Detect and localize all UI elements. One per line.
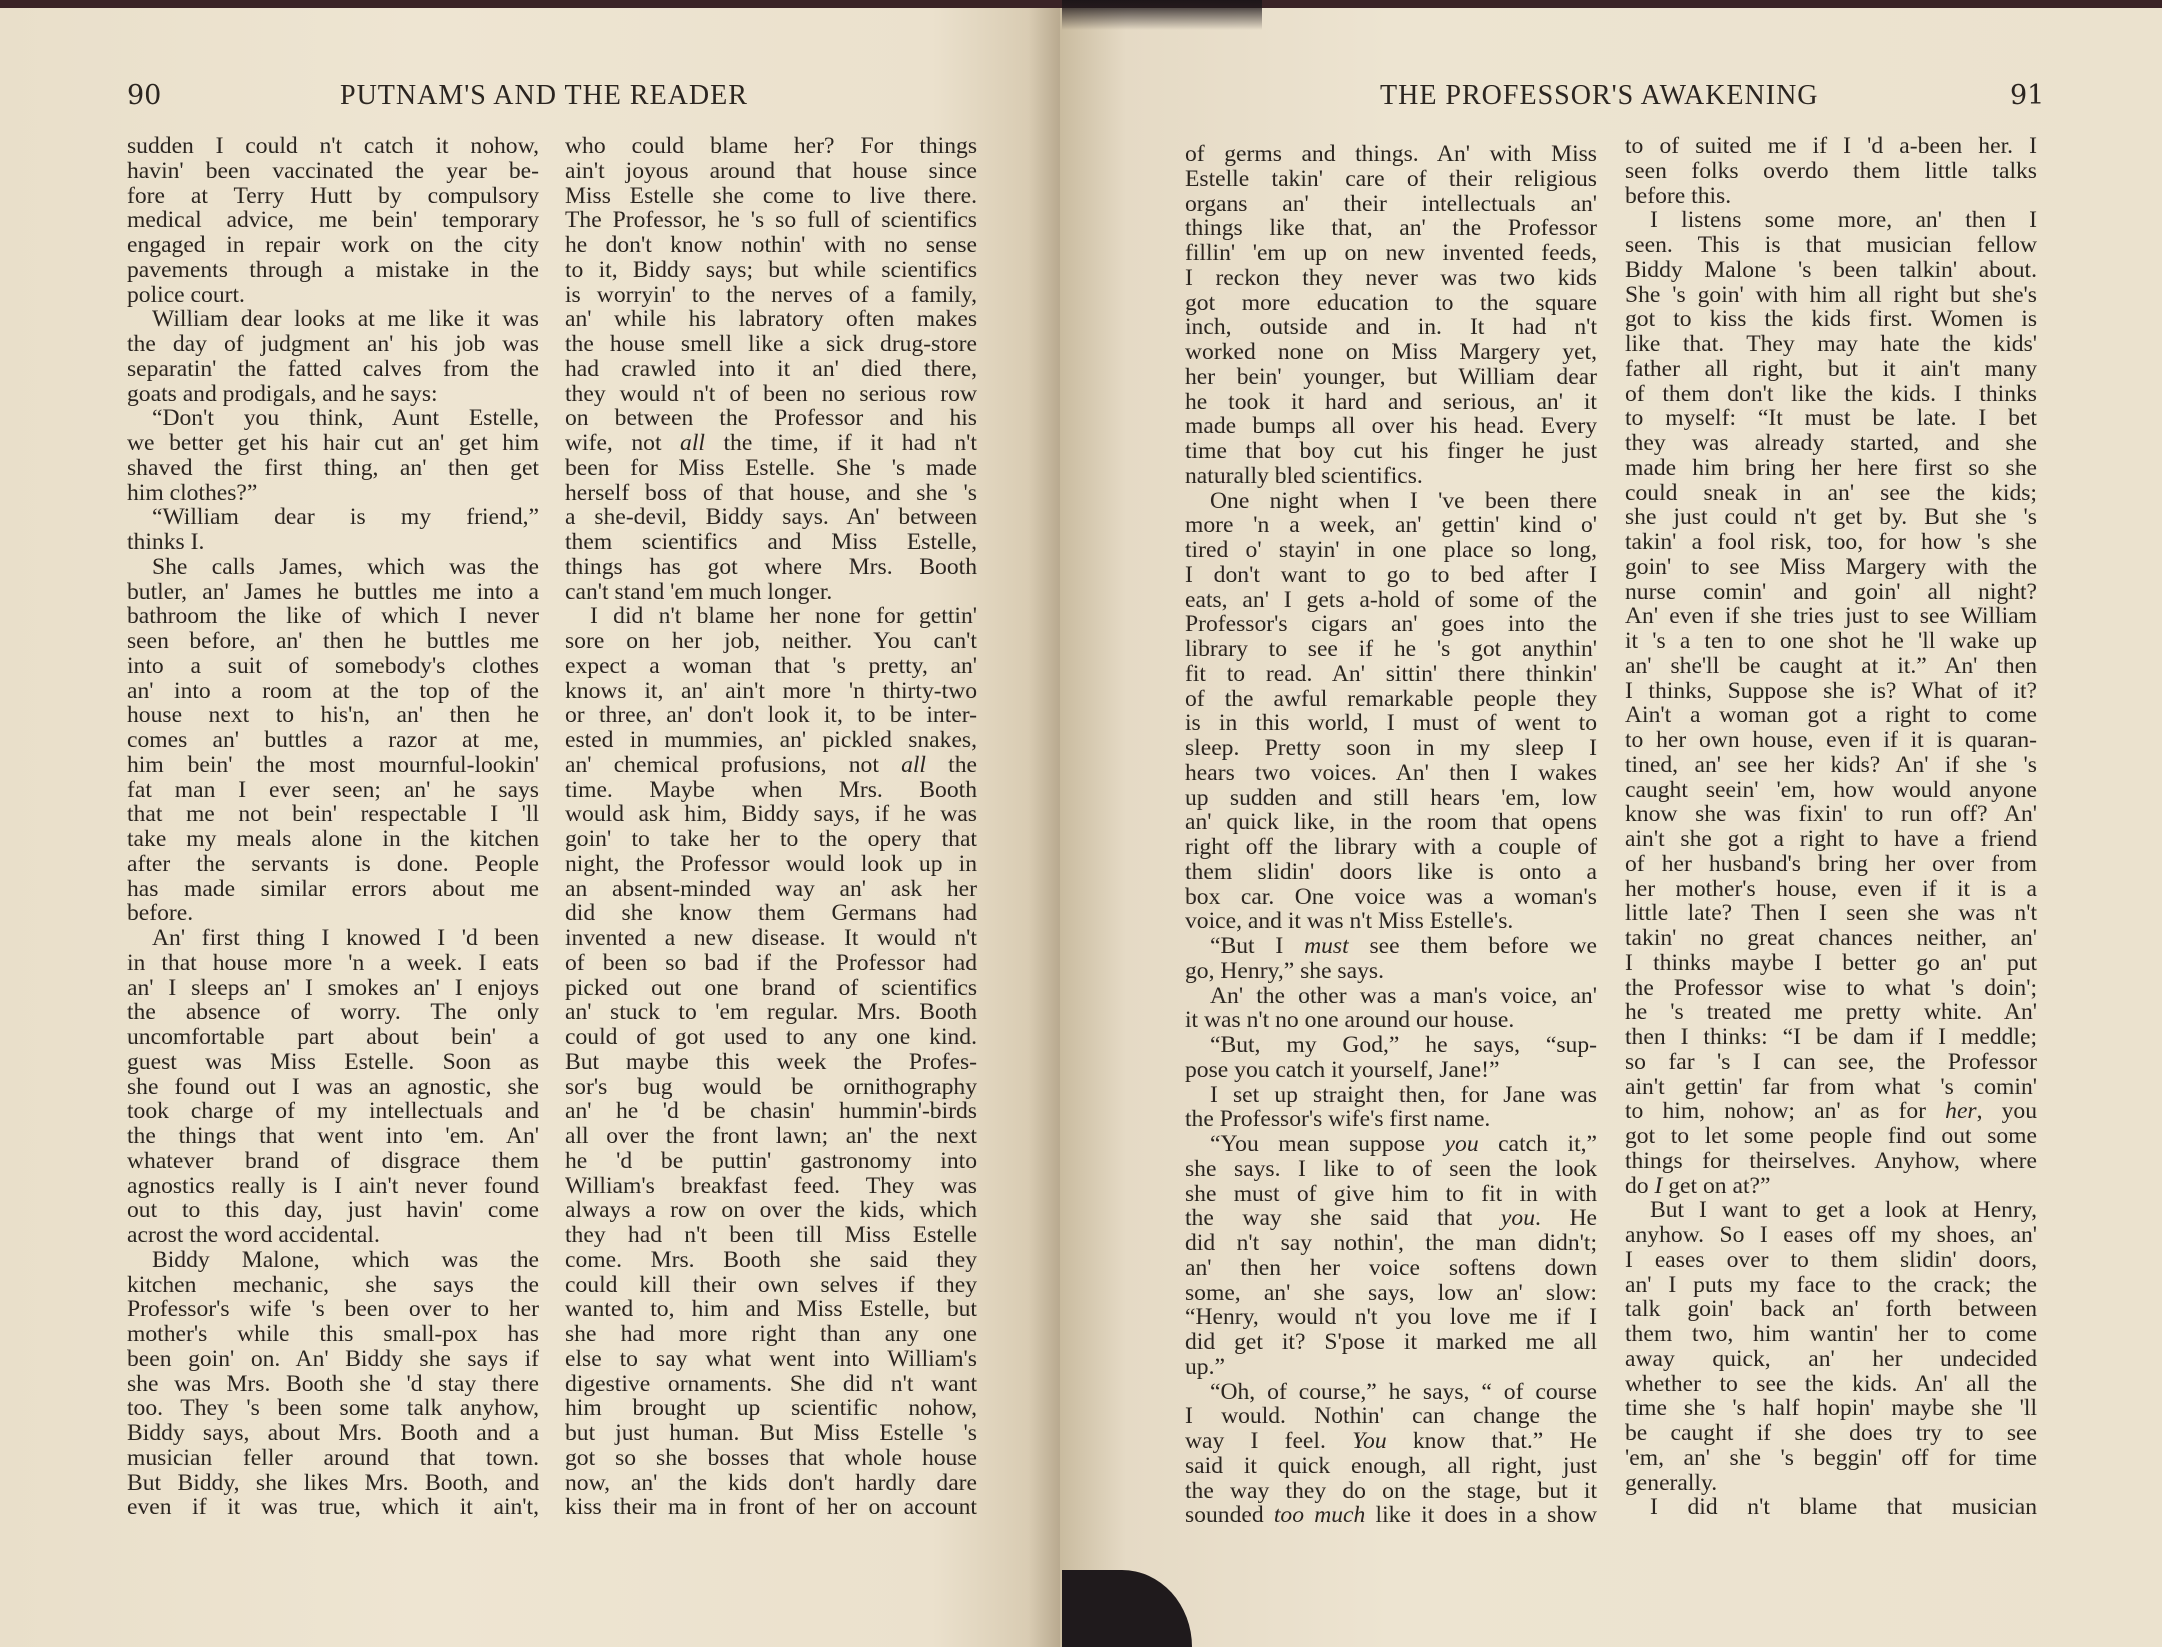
text-line: inch, outside and in. It had n't [1185, 315, 1597, 340]
text-line: to her own house, even if it is quaran- [1625, 728, 2037, 753]
text-line: goin' to take her to the opery that [565, 827, 977, 852]
text-line: all over the front lawn; an' the next [565, 1124, 977, 1149]
text-line: time that boy cut his finger he just [1185, 439, 1597, 464]
text-line: an' I puts my face to the crack; the [1625, 1273, 2037, 1298]
text-line: did get it? S'pose it marked me all [1185, 1330, 1597, 1355]
text-line: box car. One voice was a woman's [1185, 885, 1597, 910]
text-line: ain't she got a right to have a friend [1625, 827, 2037, 852]
text-line: I did n't blame that musician [1625, 1495, 2037, 1520]
text-line: they would n't of been no serious row [565, 382, 977, 407]
text-line: house next to his'n, an' then he [127, 703, 539, 728]
text-line: I thinks maybe I better go an' put [1625, 951, 2037, 976]
text-line: William's breakfast feed. They was [565, 1174, 977, 1199]
text-line: invented a new disease. It would n't [565, 926, 977, 951]
text-line: I listens some more, an' then I [1625, 208, 2037, 233]
text-line: I don't want to go to bed after I [1185, 563, 1597, 588]
text-line: Ain't a woman got a right to come [1625, 703, 2037, 728]
text-line: can't stand 'em much longer. [565, 580, 977, 605]
text-line: digestive ornaments. She did n't want [565, 1372, 977, 1397]
text-line: made bumps all over his head. Every [1185, 414, 1597, 439]
text-line: sounded too much like it does in a show [1185, 1503, 1597, 1528]
text-line: I thinks, Suppose she is? What of it? [1625, 679, 2037, 704]
text-line: nurse comin' and goin' all night? [1625, 580, 2037, 605]
right-page: THE PROFESSOR'S AWAKENING 91 of germs an… [1060, 0, 2162, 1647]
text-line: to him, nohow; an' as for her, you [1625, 1099, 2037, 1124]
text-line: mother's while this small-pox has [127, 1322, 539, 1347]
text-line: on between the Professor and his [565, 406, 977, 431]
running-head: THE PROFESSOR'S AWAKENING [1380, 80, 1819, 112]
text-line: she had more right than any one [565, 1322, 977, 1347]
text-line: Miss Estelle she come to live there. [565, 184, 977, 209]
text-line: worked none on Miss Margery yet, [1185, 340, 1597, 365]
text-line: time. Maybe when Mrs. Booth [565, 778, 977, 803]
text-line: who could blame her? For things [565, 134, 977, 159]
text-line: she found out I was an agnostic, she [127, 1075, 539, 1100]
text-column: who could blame her? For thingsain't joy… [565, 134, 977, 1520]
text-line: naturally bled scientifics. [1185, 464, 1597, 489]
text-line: up.” [1185, 1355, 1597, 1380]
text-line: come. Mrs. Booth she said they [565, 1248, 977, 1273]
text-line: I would. Nothin' can change the [1185, 1404, 1597, 1429]
text-line: “Oh, of course,” he says, “ of course [1185, 1380, 1597, 1405]
text-line: generally. [1625, 1471, 2037, 1496]
running-head: PUTNAM'S AND THE READER [340, 80, 748, 112]
text-line: is worryin' to the nerves of a family, [565, 283, 977, 308]
text-line: got so she bosses that whole house [565, 1446, 977, 1471]
text-line: One night when I 've been there [1185, 489, 1597, 514]
text-line: took charge of my intellectuals and [127, 1099, 539, 1124]
text-line: the day of judgment an' his job was [127, 332, 539, 357]
text-line: “You mean suppose you catch it,” [1185, 1132, 1597, 1157]
text-line: to it, Biddy says; but while scientifics [565, 258, 977, 283]
text-line: father all right, but it ain't many [1625, 357, 2037, 382]
text-line: the absence of worry. The only [127, 1000, 539, 1025]
text-line: an' into a room at the top of the [127, 679, 539, 704]
text-line: we better get his hair cut an' get him [127, 431, 539, 456]
text-line: an' I sleeps an' I smokes an' I enjoys [127, 976, 539, 1001]
text-line: I eases over to them slidin' doors, [1625, 1248, 2037, 1273]
text-line: fat man I ever seen; an' he says [127, 778, 539, 803]
text-line: I set up straight then, for Jane was [1185, 1083, 1597, 1108]
text-line: “William dear is my friend,” [127, 505, 539, 530]
text-line: him brought up scientific nohow, [565, 1396, 977, 1421]
text-line: takin' a fool risk, too, for how 's she [1625, 530, 2037, 555]
text-line: the Professor's wife's first name. [1185, 1107, 1597, 1132]
text-line: anyhow. So I eases off my shoes, an' [1625, 1223, 2037, 1248]
text-line: kiss their ma in front of her on account [565, 1495, 977, 1520]
text-line: guest was Miss Estelle. Soon as [127, 1050, 539, 1075]
text-line: the Professor wise to what 's doin'; [1625, 976, 2037, 1001]
text-line: them two, him wantin' her to come [1625, 1322, 2037, 1347]
text-line: but just human. But Miss Estelle 's [565, 1421, 977, 1446]
text-line: William dear looks at me like it was [127, 307, 539, 332]
text-line: she must of give him to fit in with [1185, 1182, 1597, 1207]
text-line: now, an' the kids don't hardly dare [565, 1471, 977, 1496]
text-line: engaged in repair work on the city [127, 233, 539, 258]
text-line: got to let some people find out some [1625, 1124, 2037, 1149]
text-column: sudden I could n't catch it nohow,havin'… [127, 134, 539, 1520]
text-line: takin' no great chances neither, an' [1625, 926, 2037, 951]
text-line: wife, not all the time, if it had n't [565, 431, 977, 456]
text-line: thinks I. [127, 530, 539, 555]
text-line: uncomfortable part about bein' a [127, 1025, 539, 1050]
text-line: could of got used to any one kind. [565, 1025, 977, 1050]
text-line: him bein' the most mournful-lookin' [127, 753, 539, 778]
text-line: do I get on at?” [1625, 1174, 2037, 1199]
text-line: Estelle takin' care of their religious [1185, 167, 1597, 192]
text-line: could sneak in an' see the kids; [1625, 481, 2037, 506]
text-line: ain't gettin' far from what 's comin' [1625, 1075, 2037, 1100]
text-line: then I thinks: “I be dam if I meddle; [1625, 1025, 2037, 1050]
text-line: tired o' stayin' in one place so long, [1185, 538, 1597, 563]
text-line: out to this day, just havin' come [127, 1198, 539, 1223]
text-line: agnostics really is I ain't never found [127, 1174, 539, 1199]
text-line: got more education to the square [1185, 291, 1597, 316]
text-line: musician feller around that town. [127, 1446, 539, 1471]
text-line: an' chemical profusions, not all the [565, 753, 977, 778]
text-line: But Biddy, she likes Mrs. Booth, and [127, 1471, 539, 1496]
text-line: like that. They may hate the kids' [1625, 332, 2037, 357]
text-line: an absent-minded way an' ask her [565, 877, 977, 902]
text-line: it 's a ten to one shot he 'll wake up [1625, 629, 2037, 654]
text-line: She 's goin' with him all right but she'… [1625, 283, 2037, 308]
text-line: is in this world, I must of went to [1185, 711, 1597, 736]
text-line: of her husband's bring her over from [1625, 852, 2037, 877]
text-line: would ask him, Biddy says, if he was [565, 802, 977, 827]
text-line: him clothes?” [127, 481, 539, 506]
text-line: night, the Professor would look up in [565, 852, 977, 877]
text-line: “But, my God,” he says, “sup- [1185, 1033, 1597, 1058]
text-line: “Henry, would n't you love me if I [1185, 1305, 1597, 1330]
text-line: an' stuck to 'em regular. Mrs. Booth [565, 1000, 977, 1025]
text-line: them slidin' doors like is onto a [1185, 860, 1597, 885]
text-line: take my meals alone in the kitchen [127, 827, 539, 852]
text-line: The Professor, he 's so full of scientif… [565, 208, 977, 233]
text-line: seen before, an' then he buttles me [127, 629, 539, 654]
text-line: goats and prodigals, and he says: [127, 382, 539, 407]
text-line: fillin' 'em up on new invented feeds, [1185, 241, 1597, 266]
text-line: made him bring her here first so she [1625, 456, 2037, 481]
text-line: herself boss of that house, and she 's [565, 481, 977, 506]
text-line: Biddy Malone, which was the [127, 1248, 539, 1273]
text-line: expect a woman that 's pretty, an' [565, 654, 977, 679]
text-line: has made similar errors about me [127, 877, 539, 902]
text-line: up sudden and still hears 'em, low [1185, 786, 1597, 811]
text-line: the way they do on the stage, but it [1185, 1479, 1597, 1504]
text-line: acrost the word accidental. [127, 1223, 539, 1248]
text-line: some, an' she says, low an' slow: [1185, 1281, 1597, 1306]
text-line: did she know them Germans had [565, 901, 977, 926]
text-line: her mother's house, even if it is a [1625, 877, 2037, 902]
text-line: pavements through a mistake in the [127, 258, 539, 283]
text-line: havin' been vaccinated the year be- [127, 159, 539, 184]
text-line: “Don't you think, Aunt Estelle, [127, 406, 539, 431]
text-line: seen. This is that musician fellow [1625, 233, 2037, 258]
text-line: fore at Terry Hutt by compulsory [127, 184, 539, 209]
text-line: picked out one brand of scientifics [565, 976, 977, 1001]
text-line: 'em, an' she 's beggin' off for time [1625, 1446, 2037, 1471]
text-line: things has got where Mrs. Booth [565, 555, 977, 580]
text-line: so far 's I can see, the Professor [1625, 1050, 2037, 1075]
text-line: the things that went into 'em. An' [127, 1124, 539, 1149]
text-line: an' while his labratory often makes [565, 307, 977, 332]
text-line: of germs and things. An' with Miss [1185, 142, 1597, 167]
text-line: I reckon they never was two kids [1185, 266, 1597, 291]
text-line: pose you catch it yourself, Jane!” [1185, 1058, 1597, 1083]
text-line: he took it hard and serious, an' it [1185, 390, 1597, 415]
text-line: knows it, an' ain't more 'n thirty-two [565, 679, 977, 704]
text-line: comes an' buttles a razor at me, [127, 728, 539, 753]
text-line: “But I must see them before we [1185, 934, 1597, 959]
text-line: he 's treated me pretty white. An' [1625, 1000, 2037, 1025]
text-line: eats, an' I gets a-hold of some of the [1185, 588, 1597, 613]
text-line: did n't say nothin', the man didn't; [1185, 1231, 1597, 1256]
text-line: the house smell like a sick drug-store [565, 332, 977, 357]
text-line: them scientifics and Miss Estelle, [565, 530, 977, 555]
text-line: sore on her job, neither. You can't [565, 629, 977, 654]
text-line: caught seein' 'em, how would anyone [1625, 778, 2037, 803]
text-line: shaved the first thing, an' then get [127, 456, 539, 481]
text-line: butler, an' James he buttles me into a [127, 580, 539, 605]
text-column: of germs and things. An' with MissEstell… [1185, 142, 1597, 1528]
text-line: to of suited me if I 'd a-been her. I [1625, 134, 2037, 159]
text-line: know she was fixin' to run off? An' [1625, 802, 2037, 827]
text-line: an' quick like, in the room that opens [1185, 810, 1597, 835]
text-line: in that house more 'n a week. I eats [127, 951, 539, 976]
text-line: an' she'll be caught at it.” An' then [1625, 654, 2037, 679]
text-line: always a row on over the kids, which [565, 1198, 977, 1223]
text-line: an' he 'd be chasin' hummin'-birds [565, 1099, 977, 1124]
text-line: goin' to see Miss Margery with the [1625, 555, 2037, 580]
text-line: he don't know nothin' with no sense [565, 233, 977, 258]
text-line: An' even if she tries just to see Willia… [1625, 604, 2037, 629]
text-line: time she 's half hopin' maybe she 'll [1625, 1396, 2037, 1421]
text-line: before this. [1625, 184, 2037, 209]
text-line: said it quick enough, all right, just [1185, 1454, 1597, 1479]
text-line: separatin' the fatted calves from the [127, 357, 539, 382]
text-line: of them don't like the kids. I thinks [1625, 382, 2037, 407]
text-line: whatever brand of disgrace them [127, 1149, 539, 1174]
text-line: even if it was true, which it ain't, [127, 1495, 539, 1520]
text-line: been for Miss Estelle. She 's made [565, 456, 977, 481]
text-line: Biddy Malone 's been talkin' about. [1625, 258, 2037, 283]
text-line: her bein' younger, but William dear [1185, 365, 1597, 390]
text-line: fit to read. An' sittin' there thinkin' [1185, 662, 1597, 687]
text-line: tined, an' see her kids? An' if she 's [1625, 753, 2037, 778]
text-line: police court. [127, 283, 539, 308]
text-line: library to see if he 's got anythin' [1185, 637, 1597, 662]
text-line: more 'n a week, an' gettin' kind o' [1185, 513, 1597, 538]
text-line: he 'd be puttin' gastronomy into [565, 1149, 977, 1174]
text-line: sor's bug would be ornithography [565, 1075, 977, 1100]
text-line: an' then her voice softens down [1185, 1256, 1597, 1281]
text-line: of been so bad if the Professor had [565, 951, 977, 976]
text-line: I did n't blame her none for gettin' [565, 604, 977, 629]
text-line: sleep. Pretty soon in my sleep I [1185, 736, 1597, 761]
text-line: been goin' on. An' Biddy she says if [127, 1347, 539, 1372]
text-line: whether to see the kids. An' all the [1625, 1372, 2037, 1397]
gutter-shadow [1062, 0, 1262, 30]
text-line: An' the other was a man's voice, an' [1185, 984, 1597, 1009]
text-line: little late? Then I seen she was n't [1625, 901, 2037, 926]
text-line: kitchen mechanic, she says the [127, 1273, 539, 1298]
text-line: she just could n't get by. But she 's [1625, 505, 2037, 530]
text-line: they had n't been till Miss Estelle [565, 1223, 977, 1248]
page-number: 91 [2010, 80, 2044, 111]
text-line: She calls James, which was the [127, 555, 539, 580]
text-line: right off the library with a couple of [1185, 835, 1597, 860]
text-line: she says. I like to of seen the look [1185, 1157, 1597, 1182]
text-line: after the servants is done. People [127, 852, 539, 877]
text-line: seen folks overdo them little talks [1625, 159, 2037, 184]
text-line: she was Mrs. Booth she 'd stay there [127, 1372, 539, 1397]
text-line: they was already started, and she [1625, 431, 2037, 456]
text-line: voice, and it was n't Miss Estelle's. [1185, 909, 1597, 934]
text-line: bathroom the like of which I never [127, 604, 539, 629]
text-line: wanted to, him and Miss Estelle, but [565, 1297, 977, 1322]
text-line: of the awful remarkable people they [1185, 687, 1597, 712]
text-line: too. They 's been some talk anyhow, [127, 1396, 539, 1421]
text-line: talk goin' back an' forth between [1625, 1297, 2037, 1322]
text-line: hears two voices. An' then I wakes [1185, 761, 1597, 786]
text-line: An' first thing I knowed I 'd been [127, 926, 539, 951]
text-line: had crawled into it an' died there, [565, 357, 977, 382]
text-line: Biddy says, about Mrs. Booth and a [127, 1421, 539, 1446]
text-line: could kill their own selves if they [565, 1273, 977, 1298]
text-line: the way she said that you. He [1185, 1206, 1597, 1231]
text-line: be caught if she does try to see [1625, 1421, 2037, 1446]
text-line: Professor's cigars an' goes into the [1185, 612, 1597, 637]
text-line: Professor's wife 's been over to her [127, 1297, 539, 1322]
text-line: or three, an' don't look it, to be inter… [565, 703, 977, 728]
text-line: sudden I could n't catch it nohow, [127, 134, 539, 159]
text-line: else to say what went into William's [565, 1347, 977, 1372]
text-line: ain't joyous around that house since [565, 159, 977, 184]
text-line: got to kiss the kids first. Women is [1625, 307, 2037, 332]
text-line: But maybe this week the Profes- [565, 1050, 977, 1075]
text-line: go, Henry,” she says. [1185, 959, 1597, 984]
text-line: it was n't no one around our house. [1185, 1008, 1597, 1033]
text-line: way I feel. You know that.” He [1185, 1429, 1597, 1454]
text-line: into a suit of somebody's clothes [127, 654, 539, 679]
text-line: before. [127, 901, 539, 926]
text-column: to of suited me if I 'd a-been her. Isee… [1625, 134, 2037, 1520]
text-line: organs an' their intellectuals an' [1185, 192, 1597, 217]
text-line: medical advice, me bein' temporary [127, 208, 539, 233]
text-line: But I want to get a look at Henry, [1625, 1198, 2037, 1223]
left-page: 90 PUTNAM'S AND THE READER sudden I coul… [0, 0, 1060, 1647]
text-line: away quick, an' her undecided [1625, 1347, 2037, 1372]
text-line: that me not bein' respectable I 'll [127, 802, 539, 827]
text-line: things for theirselves. Anyhow, where [1625, 1149, 2037, 1174]
text-line: ested in mummies, an' pickled snakes, [565, 728, 977, 753]
text-line: to myself: “It must be late. I bet [1625, 406, 2037, 431]
text-line: things like that, an' the Professor [1185, 216, 1597, 241]
text-line: a she-devil, Biddy says. An' between [565, 505, 977, 530]
page-number: 90 [127, 80, 161, 111]
